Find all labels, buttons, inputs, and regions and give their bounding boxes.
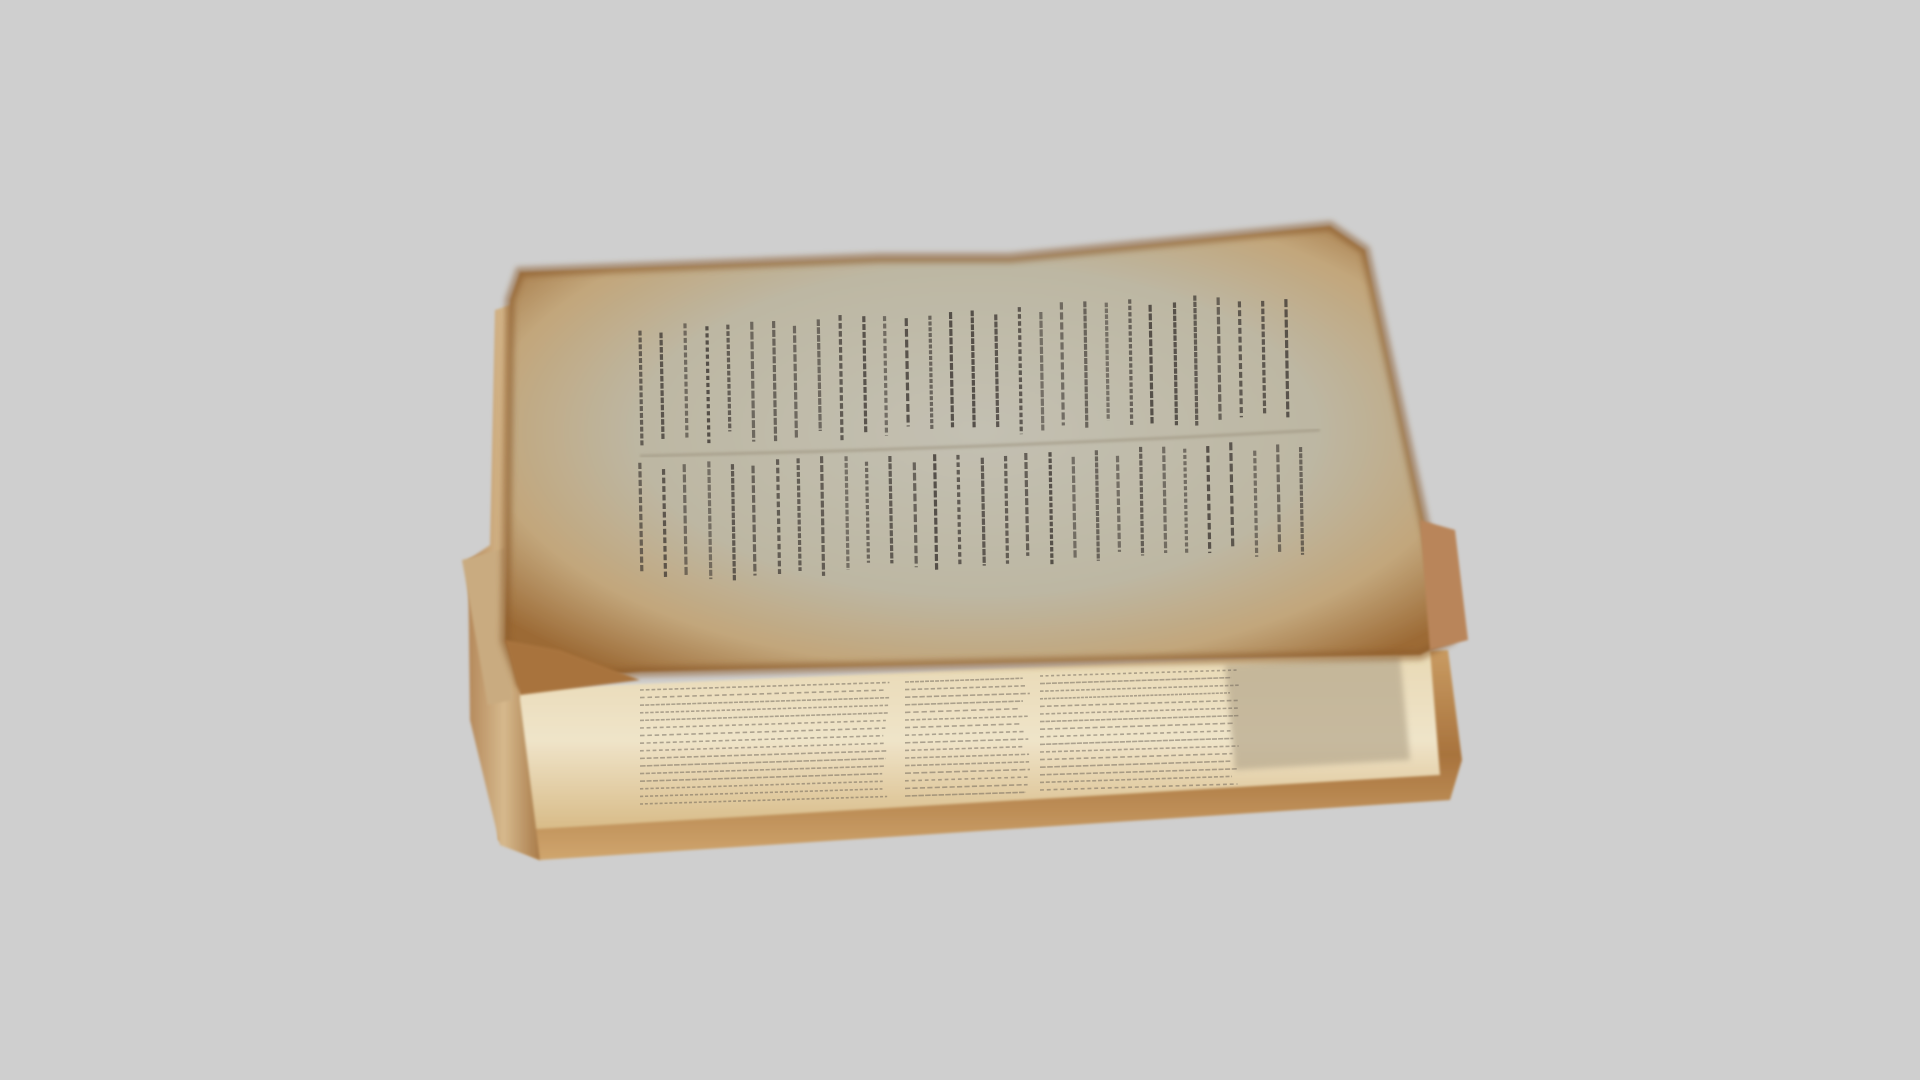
render-scene [0, 0, 1920, 1080]
ink-line [1255, 451, 1257, 557]
ink-line [846, 456, 848, 570]
ink-line [1208, 446, 1210, 553]
ink-line [818, 319, 820, 431]
ink-line [914, 462, 916, 567]
ink-line [1117, 456, 1119, 552]
ink-line [1073, 457, 1075, 559]
parchment-book [0, 0, 1920, 1080]
ink-line [951, 312, 953, 427]
ink-line [885, 316, 887, 435]
ink-line [1185, 449, 1187, 554]
ink-line [1263, 301, 1265, 414]
top-cover [505, 226, 1468, 695]
ink-line [972, 310, 974, 427]
ink-line [753, 466, 755, 576]
ink-line [707, 326, 709, 443]
ink-line [890, 456, 892, 563]
ink-line [1006, 456, 1008, 564]
ink-line [1026, 453, 1028, 556]
ink-line [1106, 303, 1108, 421]
ink-line [864, 316, 866, 434]
ink-line [640, 331, 642, 447]
ink-line [1195, 296, 1197, 426]
ink-line [1096, 450, 1098, 561]
ink-line [982, 458, 984, 566]
ink-line [732, 464, 734, 580]
ink-line [1141, 447, 1143, 556]
ink-line [798, 458, 800, 571]
ink-line [684, 464, 686, 576]
ink-line [822, 456, 824, 576]
ink-line [1278, 444, 1280, 551]
ink-line [906, 318, 908, 426]
ink-line [661, 333, 663, 439]
ink-line [1301, 447, 1303, 555]
